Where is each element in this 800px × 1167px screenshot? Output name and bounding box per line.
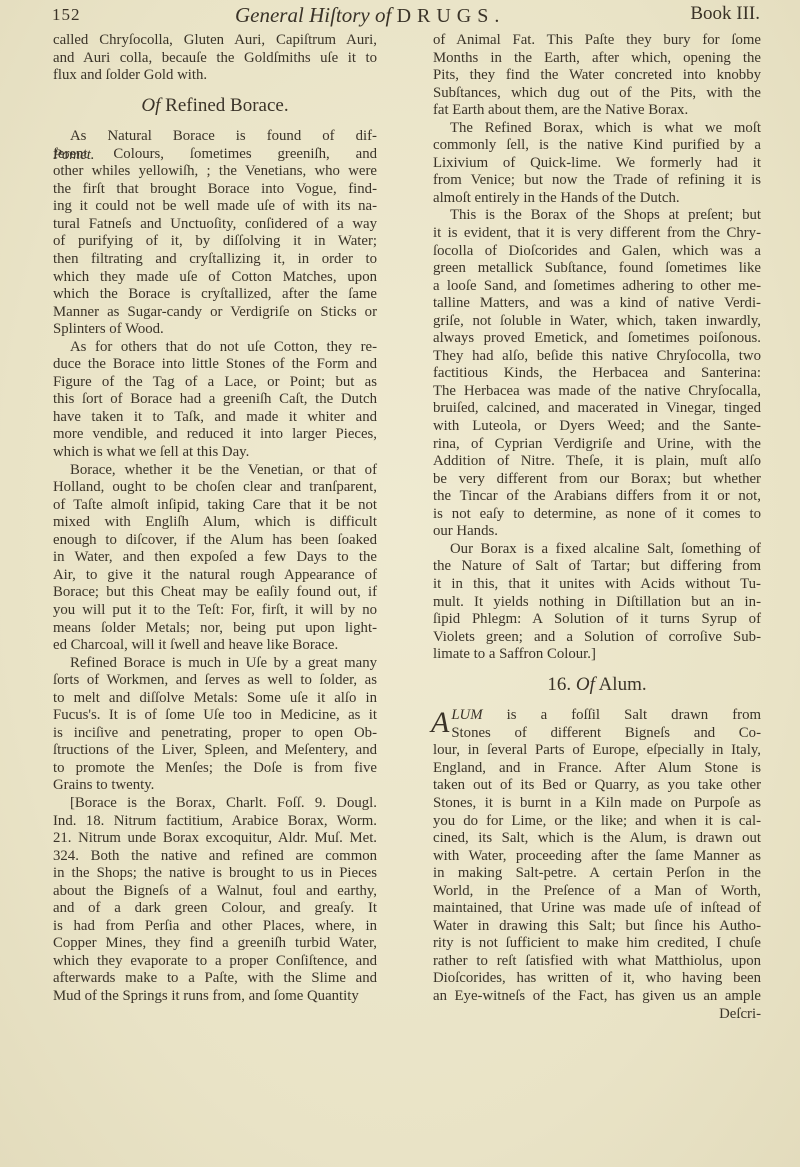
text-line: lour, in ſeveral Parts of Europe, eſpeci… xyxy=(433,742,761,760)
text-line: then filtrating and cryſtallizing it, in… xyxy=(53,251,377,269)
running-header: 152 General Hiſtory of DRUGS. Book III. xyxy=(52,3,760,29)
right-paragraphs: of Animal Fat. This Paſte they bury for … xyxy=(433,32,761,664)
text-line: you will put it to the Teſt: For, firſt,… xyxy=(53,602,377,620)
text-line: with Water, proceeding after the ſame Ma… xyxy=(433,848,761,866)
section-title-prefix: Of xyxy=(141,95,160,116)
text-line: is had from Perſia and other Places, whe… xyxy=(53,918,377,936)
text-line: ſocolla of Dioſcorides and Galen, which … xyxy=(433,243,761,261)
text-line: This is the Borax of the Shops at preſen… xyxy=(433,207,761,225)
text-line: ſtructions of the Liver, Spleen, and Meſ… xyxy=(53,742,377,760)
left-paragraphs: As Natural Borace is found of dif-ferent… xyxy=(53,128,377,1005)
text-line: 21. Nitrum unde Borax excoquitur, Aldr. … xyxy=(53,830,377,848)
text-line: They had alſo, beſide this native Chryſo… xyxy=(433,348,761,366)
text-line: about the Bigneſs of a Walnut, foul and … xyxy=(53,883,377,901)
margin-note-pomet: Pomet. xyxy=(53,147,95,164)
text-line: LUM is a foſſil Salt drawn from xyxy=(433,707,761,725)
text-line: in the Shops; the native is brought to u… xyxy=(53,865,377,883)
text-line: ferent Colours, ſometimes greeniſh, and xyxy=(53,146,377,164)
text-line: ſipid Phlegm: A Solution of it turns Syr… xyxy=(433,611,761,629)
text-line: is not eaſy to determine, as none of it … xyxy=(433,506,761,524)
text-line: Air, to give it the natural rough Appear… xyxy=(53,567,377,585)
text-line: Grains to twenty. xyxy=(53,777,377,795)
drop-cap: A xyxy=(431,709,449,737)
text-line: a looſe Sand, and ſometimes adhering to … xyxy=(433,278,761,296)
text-line: from Venice; but now the Trade of refini… xyxy=(433,172,761,190)
text-line: griſe, not ſoluble in Water, which, take… xyxy=(433,313,761,331)
text-line: is inciſive and penetrating, proper to o… xyxy=(53,725,377,743)
text-line: called Chryſocolla, Gluten Auri, Capiſtr… xyxy=(53,32,377,50)
running-title: General Hiſtory of DRUGS. xyxy=(235,3,505,28)
text-line: you do for Lime, or the like; and when i… xyxy=(433,813,761,831)
text-line: Manner as Sugar-candy or Verdigriſe on S… xyxy=(53,304,377,322)
text-line: which is what we ſell at this Day. xyxy=(53,444,377,462)
text-line: of Animal Fat. This Paſte they bury for … xyxy=(433,32,761,50)
text-line: always proved Emetick, and ſometimes poi… xyxy=(433,330,761,348)
text-line: The Refined Borax, which is what we moſt xyxy=(433,120,761,138)
text-line: duce the Borace into little Stones of th… xyxy=(53,356,377,374)
text-line: to melt and diſſolve Metals: Some uſe it… xyxy=(53,690,377,708)
text-line: to promote the Menſes; the Doſe is from … xyxy=(53,760,377,778)
text-line: ed Charcoal, will it ſwell and heave lik… xyxy=(53,637,377,655)
text-line: limate to a Saffron Colour.] xyxy=(433,646,761,664)
text-line: Months in the Earth, after which, openin… xyxy=(433,50,761,68)
text-line: 324. Both the native and refined are com… xyxy=(53,848,377,866)
text-line: Subſtances, which dug out of the Pits, w… xyxy=(433,85,761,103)
text-line: flux and ſolder Gold with. xyxy=(53,67,377,85)
running-title-italic: General Hiſtory of xyxy=(235,3,391,27)
text-line: Our Borax is a fixed alcaline Salt, ſome… xyxy=(433,541,761,559)
right-column: of Animal Fat. This Paſte they bury for … xyxy=(433,32,761,1023)
text-line: Mud of the Springs it runs from, and ſom… xyxy=(53,988,377,1006)
text-line: almoſt entirely in the Hands of the Dutc… xyxy=(433,190,761,208)
text-line: The Herbacea was made of the native Chry… xyxy=(433,383,761,401)
text-line: talline Matters, and was a kind of nativ… xyxy=(433,295,761,313)
text-line: it is evident, that it is very different… xyxy=(433,225,761,243)
text-line: this ſort of Borace had a greeniſh Caſt,… xyxy=(53,391,377,409)
text-line: rather to reſt ſatisfied with what Matth… xyxy=(433,953,761,971)
text-line: commonly ſell, is the native Kind purifi… xyxy=(433,137,761,155)
running-title-caps: DRUGS. xyxy=(397,5,506,27)
book-label: Book III. xyxy=(690,3,760,25)
text-line: maintained, that Urine was made uſe of i… xyxy=(433,900,761,918)
text-line: cined, its Salt, which is the Alum, is d… xyxy=(433,830,761,848)
text-line: Borace, whether it be the Venetian, or t… xyxy=(53,462,377,480)
text-line: As for others that do not uſe Cotton, th… xyxy=(53,339,377,357)
text-line: rina, of Cyprian Verdigriſe and Urine, w… xyxy=(433,436,761,454)
section-title-text: Refined Borace. xyxy=(165,95,288,116)
text-line: taken out of its Bed or Quarry, as you t… xyxy=(433,777,761,795)
text-line: which the Borace is cryſtallized, after … xyxy=(53,286,377,304)
text-line: Violets green; and a Solution of corroſi… xyxy=(433,629,761,647)
text-line: have taken it to Taſk, and made it white… xyxy=(53,409,377,427)
text-line: ſorts of Workmen, and ſerves as well to … xyxy=(53,672,377,690)
page-number: 152 xyxy=(52,5,81,25)
section-number: 16. xyxy=(547,674,571,695)
text-line: Refined Borace is much in Uſe by a great… xyxy=(53,655,377,673)
text-line: Water in drawing this Salt; but ſince hi… xyxy=(433,918,761,936)
text-line: England, and in France. After Alum Stone… xyxy=(433,760,761,778)
text-line: World, in the Preſence of a Man of Worth… xyxy=(433,883,761,901)
section-title-refined-borace: Of Refined Borace. xyxy=(53,97,377,115)
intro-text: called Chryſocolla, Gluten Auri, Capiſtr… xyxy=(53,32,377,85)
alum-paragraph: A LUM is a foſſil Salt drawn fromStones … xyxy=(433,707,761,1005)
section-title-text: Alum. xyxy=(599,674,647,695)
text-line: Copper Mines, they find a greeniſh turbi… xyxy=(53,935,377,953)
text-line: with Luteola, or Dyers Weed; and the San… xyxy=(433,418,761,436)
text-line: bruiſed, calcined, and macerated in Vine… xyxy=(433,400,761,418)
text-line: in making Salt-petre. A certain Perſon i… xyxy=(433,865,761,883)
text-line: mixed with Engliſh Alum, which is diffic… xyxy=(53,514,377,532)
left-column: called Chryſocolla, Gluten Auri, Capiſtr… xyxy=(53,32,377,1006)
text-line: Pits, they find the Water concreted into… xyxy=(433,67,761,85)
text-line: of purifying of it, by diſſolving it in … xyxy=(53,233,377,251)
catchword: Deſcri- xyxy=(433,1006,761,1024)
text-line: an Eye-witneſs of the Fact, has given us… xyxy=(433,988,761,1006)
text-line: enough to diſcover, if the Alum has been… xyxy=(53,532,377,550)
text-line: our Hands. xyxy=(433,523,761,541)
text-line: the Tincar of the Arabians differs from … xyxy=(433,488,761,506)
text-line: Ind. 18. Nitrum factitium, Arabice Borax… xyxy=(53,813,377,831)
text-line: the firſt that brought Borace into Vogue… xyxy=(53,181,377,199)
text-line: other whiles yellowiſh, ; the Venetians,… xyxy=(53,163,377,181)
text-line: more vendible, and reduced it into large… xyxy=(53,426,377,444)
text-line: be very different from our Borax; but wh… xyxy=(433,471,761,489)
text-line: and of a dark green Colour, and greaſy. … xyxy=(53,900,377,918)
text-line: Addition of Nitre. Theſe, it is plain, m… xyxy=(433,453,761,471)
text-line: it in this, that it unites with Acids wi… xyxy=(433,576,761,594)
text-line: mult. It yields nothing in Diſtillation … xyxy=(433,594,761,612)
text-line: afterwards make to a Paſte, with the Sli… xyxy=(53,970,377,988)
text-line: rity is not ſufficient to make him credi… xyxy=(433,935,761,953)
alum-lines: LUM is a foſſil Salt drawn fromStones of… xyxy=(433,707,761,1005)
text-line: fat Earth about them, are the Native Bor… xyxy=(433,102,761,120)
book-page: 152 General Hiſtory of DRUGS. Book III. … xyxy=(0,0,800,1167)
text-line: Lixivium of Quick-lime. We formerly had … xyxy=(433,155,761,173)
alum-first-word: LUM xyxy=(451,707,506,723)
text-line: Borace; but this Cheat may be eaſily fou… xyxy=(53,584,377,602)
text-line: tural Fatneſs and Unctuoſity, conſidered… xyxy=(53,216,377,234)
text-line: Stones of different Bigneſs and Co- xyxy=(433,725,761,743)
text-line: [Borace is the Borax, Charlt. Foſſ. 9. D… xyxy=(53,795,377,813)
text-line: ing it could not be well made uſe of wit… xyxy=(53,198,377,216)
text-line: As Natural Borace is found of dif- xyxy=(53,128,377,146)
text-line: which they made uſe of Cotton Matches, u… xyxy=(53,269,377,287)
text-line: and Auri colla, becauſe the Goldſmiths u… xyxy=(53,50,377,68)
text-line: Stones, it is burnt in a Kiln made on Pu… xyxy=(433,795,761,813)
text-line: means ſolder Metals; nor, being put upon… xyxy=(53,620,377,638)
text-line: Holland, ought to be choſen clear and tr… xyxy=(53,479,377,497)
text-line: Figure of the Tag of a Lace, or Point; b… xyxy=(53,374,377,392)
text-line: factitious Kinds, the Herbacea and Sante… xyxy=(433,365,761,383)
text-line: Fucus's. It is of ſome Uſe too in Medici… xyxy=(53,707,377,725)
text-line: green metallick Subſtance, found ſometim… xyxy=(433,260,761,278)
section-title-prefix: Of xyxy=(576,674,595,695)
text-line: Dioſcorides, has written of it, who havi… xyxy=(433,970,761,988)
text-line: of Taſte almoſt inſipid, taking Care tha… xyxy=(53,497,377,515)
text-line: which they evaporate to a proper Conſiſt… xyxy=(53,953,377,971)
section-title-alum: 16. Of Alum. xyxy=(433,676,761,694)
text-line: Splinters of Wood. xyxy=(53,321,377,339)
text-line: in Water, and then expoſed a few Days to… xyxy=(53,549,377,567)
text-line: the Nature of Salt of Tartar; but differ… xyxy=(433,558,761,576)
